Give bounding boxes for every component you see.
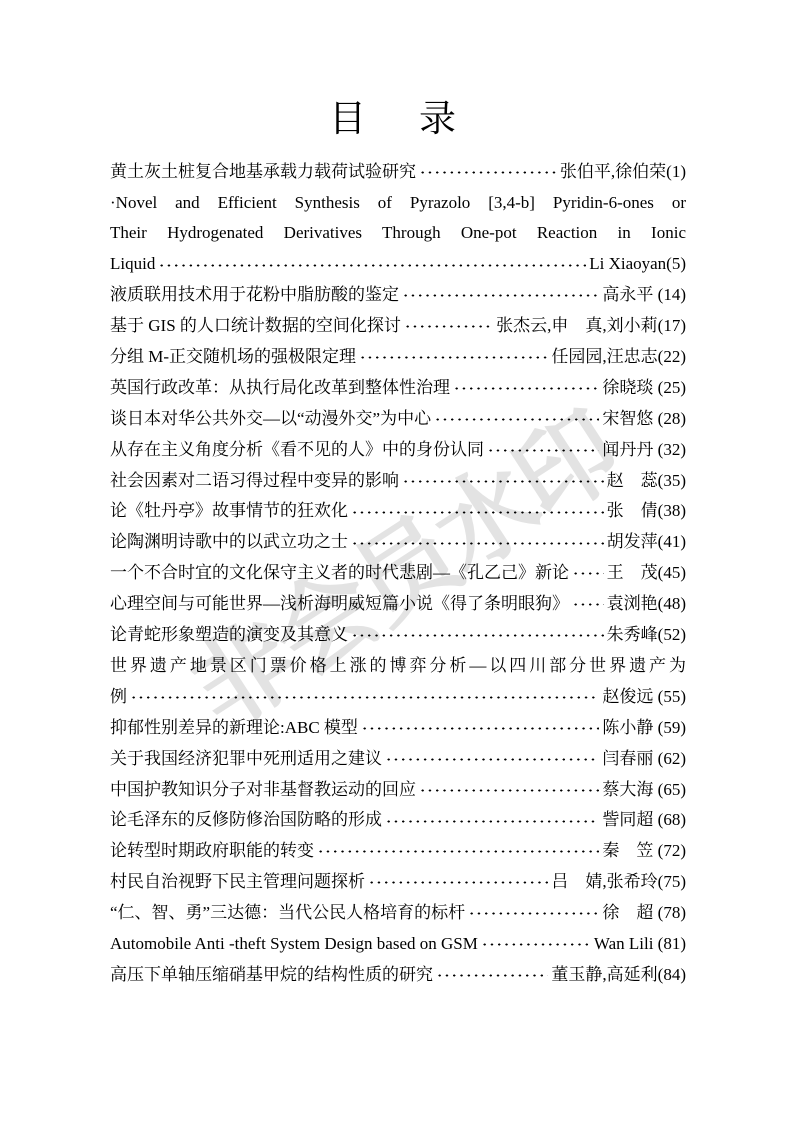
- entry-authors-page: 袁浏艳(48): [607, 589, 686, 620]
- toc-entry: 分组 M-正交随机场的强极限定理 任园园,汪忠志(22): [110, 342, 686, 373]
- entry-authors-page: 朱秀峰(52): [607, 620, 686, 651]
- entry-authors-page: 宋智悠 (28): [602, 404, 686, 435]
- toc-entry: Automobile Anti -theft System Design bas…: [110, 929, 686, 960]
- entry-authors-page: 胡发萍(41): [607, 527, 686, 558]
- toc-entry: 一个不合时宜的文化保守主义者的时代悲剧—《孔乙己》新论 王 茂(45): [110, 558, 686, 589]
- entry-authors-page: 张 倩(38): [607, 496, 686, 527]
- entry-title: 谈日本对华公共外交—以“动漫外交”为中心: [110, 404, 431, 435]
- dot-leader: [130, 689, 599, 706]
- entry-title: 世界遗产地景区门票价格上涨的博弈分析—以四川部分世界遗产为: [110, 656, 686, 675]
- entry-title: 论转型时期政府职能的转变: [110, 836, 314, 867]
- dot-leader: [572, 596, 604, 613]
- toc-entry: Their Hydrogenated Derivatives Through O…: [110, 218, 686, 249]
- entry-authors-page: 吕 婧,张希玲(75): [551, 867, 686, 898]
- dot-leader: [385, 751, 599, 768]
- toc-entry: 论陶渊明诗歌中的以武立功之士 胡发萍(41): [110, 527, 686, 558]
- dot-leader: [158, 256, 586, 273]
- toc-entry: 英国行政改革：从执行局化改革到整体性治理 徐晓琰 (25): [110, 373, 686, 404]
- entry-title: 例: [110, 682, 127, 713]
- entry-authors-page: 徐晓琰 (25): [602, 373, 686, 404]
- dot-leader: [419, 781, 599, 798]
- entry-title: Automobile Anti -theft System Design bas…: [110, 929, 478, 960]
- entry-authors-page: 任园园,汪忠志(22): [551, 342, 686, 373]
- toc-entry: 基于 GIS 的人口统计数据的空间化探讨 张杰云,申 真,刘小莉(17): [110, 311, 686, 342]
- entry-title: 抑郁性别差异的新理论:ABC 模型: [110, 713, 358, 744]
- dot-leader: [351, 534, 604, 551]
- toc-entry: 村民自治视野下民主管理问题探析 吕 婧,张希玲(75): [110, 867, 686, 898]
- entry-title: 关于我国经济犯罪中死刑适用之建议: [110, 744, 382, 775]
- toc-page: 非会员水印 目 录 黄土灰土桩复合地基承载力载荷试验研究 张伯平,徐伯荣(1) …: [0, 0, 793, 1122]
- dot-leader: [487, 442, 599, 459]
- dot-leader: [385, 812, 599, 829]
- dot-leader: [434, 411, 599, 428]
- entry-title: 社会因素对二语习得过程中变异的影响: [110, 466, 399, 497]
- entry-authors-page: 王 茂(45): [607, 558, 686, 589]
- entry-authors-page: 陈小静 (59): [602, 713, 686, 744]
- toc-entry: 抑郁性别差异的新理论:ABC 模型 陈小静 (59): [110, 713, 686, 744]
- entry-title: 高压下单轴压缩硝基甲烷的结构性质的研究: [110, 960, 433, 991]
- entry-authors-page: Li Xiaoyan(5): [589, 249, 686, 280]
- entry-title: 心理空间与可能世界—浅析海明威短篇小说《得了条明眼狗》: [110, 589, 569, 620]
- toc-list: 黄土灰土桩复合地基承载力载荷试验研究 张伯平,徐伯荣(1) ·Novel and…: [110, 157, 686, 991]
- toc-entry: 世界遗产地景区门票价格上涨的博弈分析—以四川部分世界遗产为: [110, 651, 686, 682]
- entry-title: 基于 GIS 的人口统计数据的空间化探讨: [110, 311, 401, 342]
- entry-title: 黄土灰土桩复合地基承载力载荷试验研究: [110, 157, 416, 188]
- toc-entry: ·Novel and Efficient Synthesis of Pyrazo…: [110, 188, 686, 219]
- entry-title: 村民自治视野下民主管理问题探析: [110, 867, 365, 898]
- entry-authors-page: 赵俊远 (55): [602, 682, 686, 713]
- entry-authors-page: 徐 超 (78): [602, 898, 686, 929]
- toc-entry: 关于我国经济犯罪中死刑适用之建议 闫春丽 (62): [110, 744, 686, 775]
- dot-leader: [351, 503, 604, 520]
- dot-leader: [481, 936, 591, 953]
- toc-entry: 谈日本对华公共外交—以“动漫外交”为中心 宋智悠 (28): [110, 404, 686, 435]
- toc-entry: 从存在主义角度分析《看不见的人》中的身份认同 闻丹丹 (32): [110, 435, 686, 466]
- entry-title: 分组 M-正交随机场的强极限定理: [110, 342, 356, 373]
- entry-authors-page: 张杰云,申 真,刘小莉(17): [496, 311, 686, 342]
- toc-entry: 液质联用技术用于花粉中脂肪酸的鉴定 高永平 (14): [110, 280, 686, 311]
- entry-title: 一个不合时宜的文化保守主义者的时代悲剧—《孔乙己》新论: [110, 558, 569, 589]
- entry-title: “仁、智、勇”三达德：当代公民人格培育的标杆: [110, 898, 465, 929]
- entry-title: Liquid: [110, 249, 155, 280]
- page-title: 目 录: [0, 100, 793, 141]
- toc-entry: 论青蛇形象塑造的演变及其意义 朱秀峰(52): [110, 620, 686, 651]
- toc-entry: 论转型时期政府职能的转变 秦 笠 (72): [110, 836, 686, 867]
- entry-authors-page: 秦 笠 (72): [602, 836, 686, 867]
- entry-authors-page: 张伯平,徐伯荣(1): [560, 157, 686, 188]
- entry-title: 论《牡丹亭》故事情节的狂欢化: [110, 496, 348, 527]
- toc-entry: 社会因素对二语习得过程中变异的影响 赵 蕊(35): [110, 466, 686, 497]
- dot-leader: [572, 565, 604, 582]
- toc-entry: “仁、智、勇”三达德：当代公民人格培育的标杆 徐 超 (78): [110, 898, 686, 929]
- dot-leader: [419, 164, 557, 181]
- entry-authors-page: 闫春丽 (62): [602, 744, 686, 775]
- dot-leader: [368, 874, 548, 891]
- dot-leader: [402, 287, 599, 304]
- dot-leader: [436, 967, 548, 984]
- entry-authors-page: 蔡大海 (65): [602, 775, 686, 806]
- entry-authors-page: 赵 蕊(35): [607, 466, 686, 497]
- dot-leader: [404, 318, 493, 335]
- toc-entry: 论毛泽东的反修防修治国防略的形成 訾同超 (68): [110, 805, 686, 836]
- entry-title: 液质联用技术用于花粉中脂肪酸的鉴定: [110, 280, 399, 311]
- dot-leader: [361, 720, 599, 737]
- entry-authors-page: 高永平 (14): [602, 280, 686, 311]
- entry-title: 论青蛇形象塑造的演变及其意义: [110, 620, 348, 651]
- entry-title: 英国行政改革：从执行局化改革到整体性治理: [110, 373, 450, 404]
- toc-entry: Liquid Li Xiaoyan(5): [110, 249, 686, 280]
- dot-leader: [359, 349, 548, 366]
- dot-leader: [402, 473, 604, 490]
- dot-leader: [453, 380, 599, 397]
- toc-entry: 例 赵俊远 (55): [110, 682, 686, 713]
- entry-title: 论陶渊明诗歌中的以武立功之士: [110, 527, 348, 558]
- toc-entry: 论《牡丹亭》故事情节的狂欢化 张 倩(38): [110, 496, 686, 527]
- dot-leader: [317, 843, 599, 860]
- entry-title: Their Hydrogenated Derivatives Through O…: [110, 223, 686, 242]
- entry-authors-page: 闻丹丹 (32): [602, 435, 686, 466]
- entry-authors-page: 董玉静,高延利(84): [551, 960, 686, 991]
- toc-entry: 高压下单轴压缩硝基甲烷的结构性质的研究 董玉静,高延利(84): [110, 960, 686, 991]
- entry-authors-page: Wan Lili (81): [594, 929, 686, 960]
- toc-entry: 中国护教知识分子对非基督教运动的回应 蔡大海 (65): [110, 775, 686, 806]
- dot-leader: [351, 627, 604, 644]
- entry-title: ·Novel and Efficient Synthesis of Pyrazo…: [110, 193, 686, 212]
- toc-entry: 心理空间与可能世界—浅析海明威短篇小说《得了条明眼狗》 袁浏艳(48): [110, 589, 686, 620]
- entry-authors-page: 訾同超 (68): [602, 805, 686, 836]
- toc-entry: 黄土灰土桩复合地基承载力载荷试验研究 张伯平,徐伯荣(1): [110, 157, 686, 188]
- dot-leader: [468, 905, 599, 922]
- entry-title: 论毛泽东的反修防修治国防略的形成: [110, 805, 382, 836]
- entry-title: 从存在主义角度分析《看不见的人》中的身份认同: [110, 435, 484, 466]
- entry-title: 中国护教知识分子对非基督教运动的回应: [110, 775, 416, 806]
